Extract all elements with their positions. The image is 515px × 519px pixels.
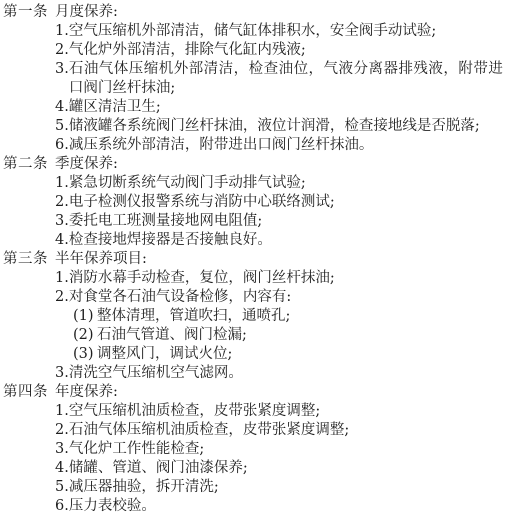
item-marker: 3.: [55, 364, 69, 383]
item-marker: 6.: [55, 497, 69, 516]
list-item: 3.清洗空气压缩机空气滤网。: [55, 364, 515, 383]
item-marker: (2): [73, 326, 97, 345]
item-text: 石油气体压缩机油质检查，皮带张紧度调整;: [69, 421, 503, 440]
list-item: 1.空气压缩机外部清洁，储气缸体排积水，安全阀手动试验;: [55, 22, 515, 41]
list-item: 5.减压器抽验，拆开清洗;: [55, 478, 515, 497]
item-text: 检查接地焊接器是否接触良好。: [69, 231, 503, 250]
article-label: 第四条: [3, 383, 55, 402]
article-heading: 第二条季度保养:: [3, 155, 515, 174]
list-item: 1.紧急切断系统气动阀门手动排气试验;: [55, 174, 515, 193]
sub-list-item: (3)调整风门，调试火位;: [73, 345, 515, 364]
list-item: 5.储液罐各系统阀门丝杆抹油，液位计润滑，检查接地线是否脱落;: [55, 117, 515, 136]
list-item: 6.减压系统外部清洁，附带进出口阀门丝杆抹油。: [55, 136, 515, 155]
article-title: 半年保养项目:: [55, 250, 147, 269]
item-marker: 2.: [55, 421, 69, 440]
item-text: 电子检测仪报警系统与消防中心联络测试;: [69, 193, 503, 212]
list-item: 4.罐区清洁卫生;: [55, 98, 515, 117]
list-item: 2.对食堂各石油气设备检修，内容有:: [55, 288, 515, 307]
item-text: 储液罐各系统阀门丝杆抹油，液位计润滑，检查接地线是否脱落;: [69, 117, 503, 136]
article-label: 第二条: [3, 155, 55, 174]
article-heading: 第四条年度保养:: [3, 383, 515, 402]
item-marker: 2.: [55, 193, 69, 212]
maintenance-document: 第一条月度保养:1.空气压缩机外部清洁，储气缸体排积水，安全阀手动试验;2.气化…: [0, 0, 515, 519]
article-title: 月度保养:: [55, 3, 118, 22]
item-marker: (3): [73, 345, 97, 364]
item-text: 气化炉工作性能检查;: [69, 440, 503, 459]
item-text: 储罐、管道、阀门油漆保养;: [69, 459, 503, 478]
item-marker: 3.: [55, 440, 69, 459]
list-item: 2.气化炉外部清洁，排除气化缸内残液;: [55, 41, 515, 60]
item-marker: 3.: [55, 212, 69, 231]
item-text: 整体清理，管道吹扫，通喷孔;: [97, 307, 501, 326]
article-label: 第三条: [3, 250, 55, 269]
item-text: 减压器抽验，拆开清洗;: [69, 478, 503, 497]
list-item: 6.压力表校验。: [55, 497, 515, 516]
item-marker: 4.: [55, 231, 69, 250]
article-heading: 第三条半年保养项目:: [3, 250, 515, 269]
item-text: 石油气管道、阀门检漏;: [97, 326, 501, 345]
article-title: 年度保养:: [55, 383, 118, 402]
item-marker: 4.: [55, 459, 69, 478]
item-text: 调整风门，调试火位;: [97, 345, 501, 364]
list-item: 4.储罐、管道、阀门油漆保养;: [55, 459, 515, 478]
list-item: 1.空气压缩机油质检查，皮带张紧度调整;: [55, 402, 515, 421]
article-heading: 第一条月度保养:: [3, 3, 515, 22]
list-item: 3.委托电工班测量接地网电阻值;: [55, 212, 515, 231]
item-marker: 1.: [55, 402, 69, 421]
item-marker: 2.: [55, 41, 69, 60]
list-item: 3.气化炉工作性能检查;: [55, 440, 515, 459]
item-text: 压力表校验。: [69, 497, 503, 516]
list-item: 1.消防水幕手动检查，复位，阀门丝杆抹油;: [55, 269, 515, 288]
item-text: 空气压缩机油质检查，皮带张紧度调整;: [69, 402, 503, 421]
item-marker: 2.: [55, 288, 69, 307]
sub-list-item: (1)整体清理，管道吹扫，通喷孔;: [73, 307, 515, 326]
item-marker: 5.: [55, 117, 69, 136]
article-label: 第一条: [3, 3, 55, 22]
item-text: 气化炉外部清洁，排除气化缸内残液;: [69, 41, 503, 60]
item-marker: 3.: [55, 60, 69, 79]
list-item: 3.石油气体压缩机外部清洁，检查油位，气液分离器排残液，附带进口阀门丝杆抹油;: [55, 60, 515, 98]
list-item: 2.石油气体压缩机油质检查，皮带张紧度调整;: [55, 421, 515, 440]
article-title: 季度保养:: [55, 155, 118, 174]
item-text: 紧急切断系统气动阀门手动排气试验;: [69, 174, 503, 193]
item-marker: 1.: [55, 22, 69, 41]
item-marker: 1.: [55, 269, 69, 288]
item-marker: 4.: [55, 98, 69, 117]
item-text: 对食堂各石油气设备检修，内容有:: [69, 288, 503, 307]
item-text: 减压系统外部清洁，附带进出口阀门丝杆抹油。: [69, 136, 503, 155]
item-marker: 5.: [55, 478, 69, 497]
sub-list-item: (2)石油气管道、阀门检漏;: [73, 326, 515, 345]
item-text: 清洗空气压缩机空气滤网。: [69, 364, 503, 383]
item-marker: 1.: [55, 174, 69, 193]
item-text: 空气压缩机外部清洁，储气缸体排积水，安全阀手动试验;: [69, 22, 503, 41]
item-text: 委托电工班测量接地网电阻值;: [69, 212, 503, 231]
item-text: 石油气体压缩机外部清洁，检查油位，气液分离器排残液，附带进口阀门丝杆抹油;: [69, 60, 503, 98]
list-item: 4.检查接地焊接器是否接触良好。: [55, 231, 515, 250]
list-item: 2.电子检测仪报警系统与消防中心联络测试;: [55, 193, 515, 212]
item-marker: (1): [73, 307, 97, 326]
item-text: 消防水幕手动检查，复位，阀门丝杆抹油;: [69, 269, 503, 288]
item-marker: 6.: [55, 136, 69, 155]
item-text: 罐区清洁卫生;: [69, 98, 503, 117]
